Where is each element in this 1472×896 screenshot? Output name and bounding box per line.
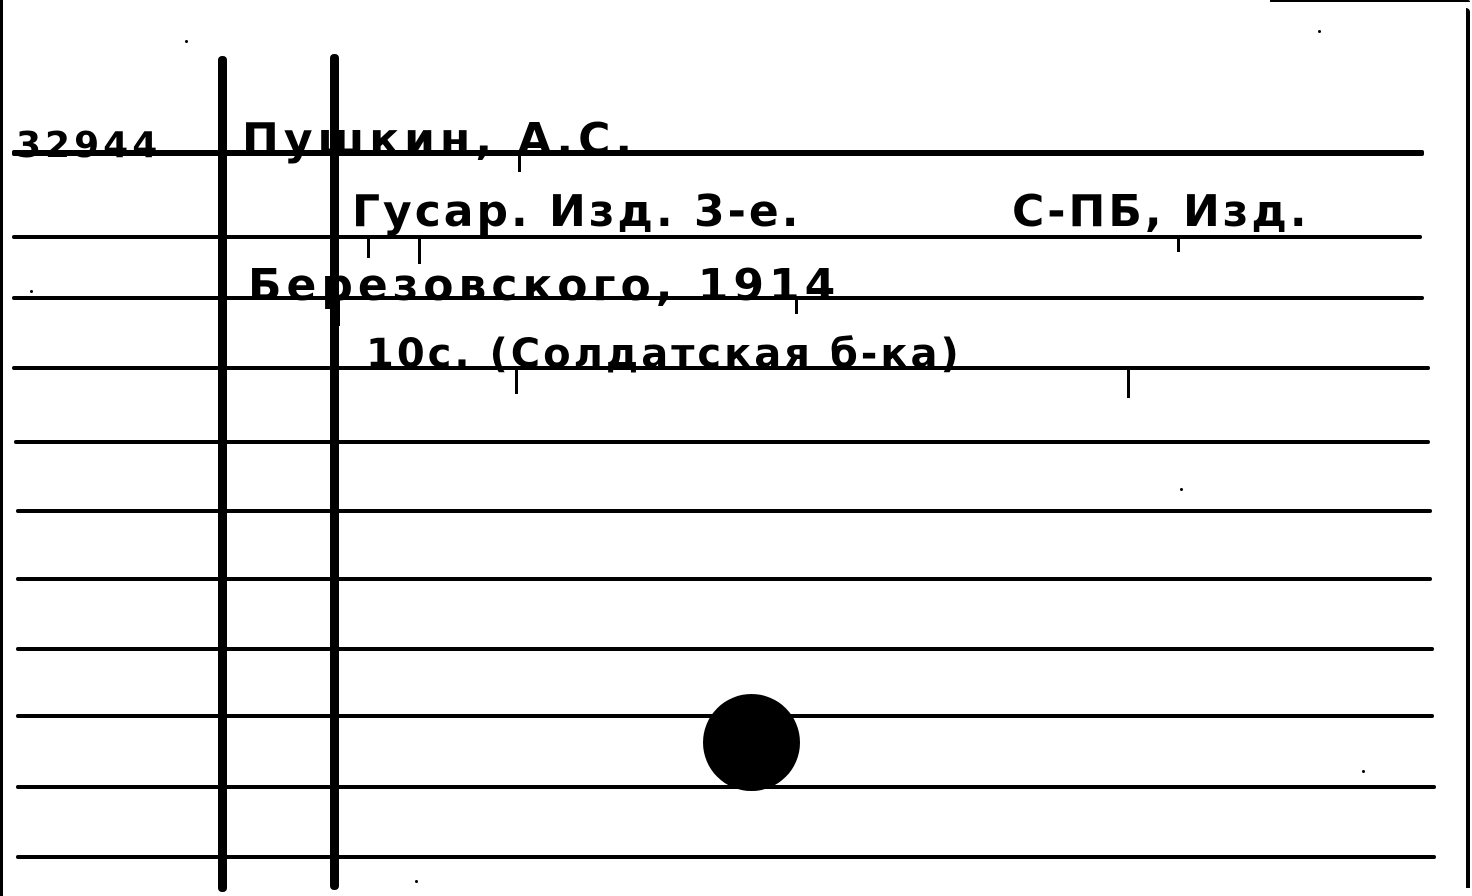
card-left-edge (0, 0, 3, 896)
ruled-line (16, 577, 1432, 581)
vertical-rule-1 (218, 56, 227, 892)
ruled-line (16, 509, 1432, 513)
scan-speck (415, 880, 418, 883)
scan-speck (1362, 770, 1365, 773)
call-number: 32944 (16, 128, 161, 164)
descender-mark (1127, 366, 1130, 398)
descender-mark (1177, 236, 1180, 252)
ruled-line-header (12, 150, 1424, 156)
ruled-line (14, 440, 1430, 444)
descender-mark (367, 236, 370, 258)
punch-hole (703, 694, 800, 791)
vertical-rule-2 (330, 54, 339, 890)
ruled-line (16, 855, 1436, 859)
scan-speck (185, 40, 188, 43)
catalog-card: 32944 Пушкин, А.С. Гусар. Изд. 3-е. С-ПБ… (0, 0, 1472, 896)
title-edition: Гусар. Изд. 3-е. (352, 190, 801, 234)
ruled-line (16, 785, 1436, 789)
card-top-edge (1270, 0, 1470, 2)
publication-place: С-ПБ, Изд. (1012, 190, 1310, 234)
extent-series: 10с. (Солдатская б-ка) (366, 334, 962, 374)
card-right-edge (1466, 8, 1470, 888)
descender-mark (518, 150, 521, 172)
descender-mark (337, 296, 340, 326)
descender-mark (418, 236, 421, 264)
descender-mark (795, 296, 798, 314)
scan-speck (30, 290, 33, 293)
ruled-line (16, 647, 1434, 651)
descender-mark (515, 366, 518, 394)
scan-speck (1318, 30, 1321, 33)
scan-speck (1180, 488, 1183, 491)
author-heading: Пушкин, А.С. (242, 118, 637, 162)
